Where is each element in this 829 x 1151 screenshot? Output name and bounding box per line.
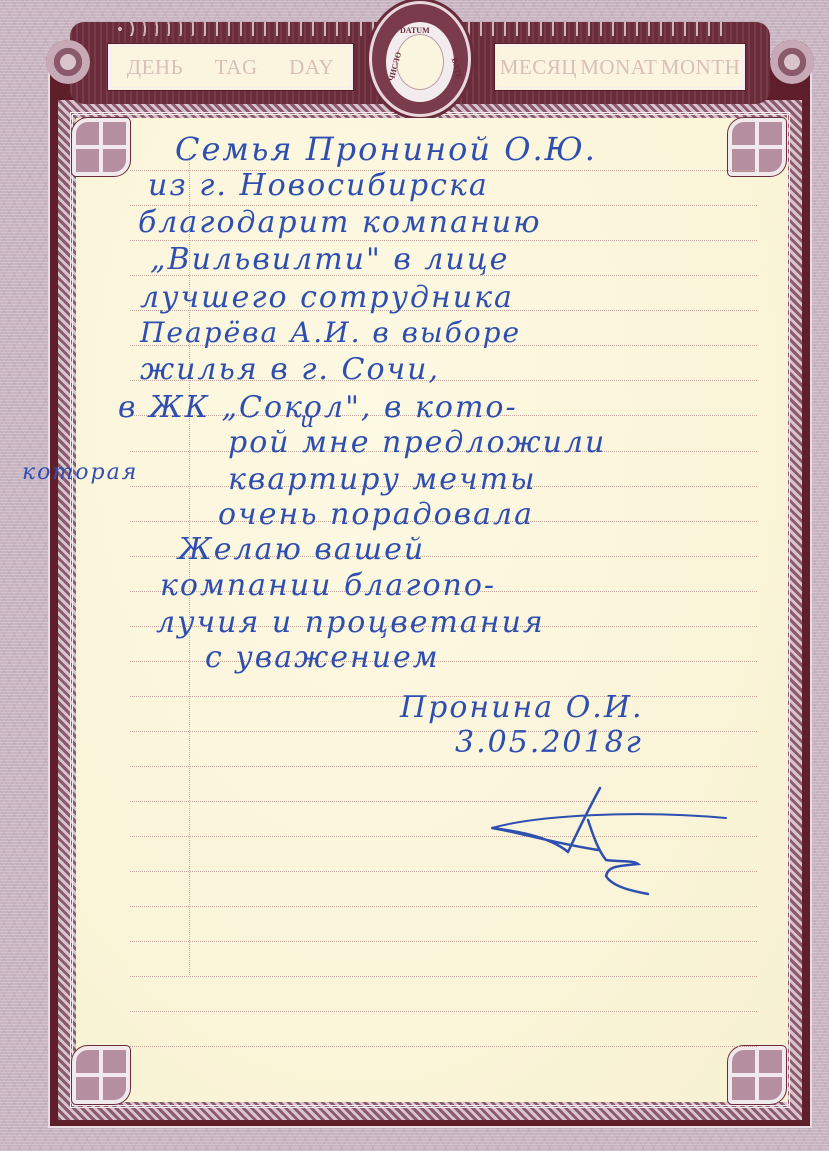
note-line: с уважением [205, 640, 440, 675]
knot-corner-top-right-icon [728, 118, 786, 176]
day-label-en: DAY [289, 55, 334, 80]
note-line: очень порадовала [218, 497, 534, 532]
note-line: в ЖК „Сокол", в кото- [118, 390, 518, 425]
note-line: лучшего сотрудника [140, 280, 514, 315]
knot-corner-bottom-left-icon [72, 1046, 130, 1104]
knot-corner-bottom-right-icon [728, 1046, 786, 1104]
note-line: из г. Новосибирска [148, 168, 489, 203]
medallion-label-top: DATUM [400, 26, 430, 35]
signature-name: Пронина О.И. [400, 690, 644, 725]
note-insertion: и [300, 408, 316, 433]
note-line: жилья в г. Сочи, [140, 352, 440, 387]
note-line: Желаю вашей [178, 532, 425, 567]
note-line: квартиру мечты [228, 462, 537, 497]
month-label-de: MONAT [580, 55, 657, 80]
note-line: благодарит компанию [138, 205, 541, 240]
note-line: рой мне предложили [228, 425, 606, 460]
note-margin-insertion: которая [22, 460, 138, 485]
month-field[interactable]: МЕСЯЦ MONAT MONTH [495, 44, 745, 90]
rosette-right-icon [770, 40, 814, 84]
knot-corner-top-left-icon [72, 118, 130, 176]
signature-date: 3.05.2018г [455, 725, 643, 760]
signature-scribble-icon [488, 780, 728, 900]
day-label-ru: ДЕНЬ [127, 55, 183, 80]
note-line: лучия и процветания [156, 605, 545, 640]
date-number-field[interactable] [396, 34, 444, 90]
note-line: „Вильвилти" в лице [150, 242, 509, 277]
rosette-left-icon [46, 40, 90, 84]
note-line: компании благопо- [160, 568, 496, 603]
day-field[interactable]: ДЕНЬ TAG DAY [108, 44, 353, 90]
note-line: Семья Прониной О.Ю. [175, 130, 597, 168]
day-label-de: TAG [215, 55, 258, 80]
note-line: Пеарёва А.И. в выборе [140, 316, 521, 349]
month-label-ru: МЕСЯЦ [500, 55, 577, 80]
month-label-en: MONTH [661, 55, 741, 80]
